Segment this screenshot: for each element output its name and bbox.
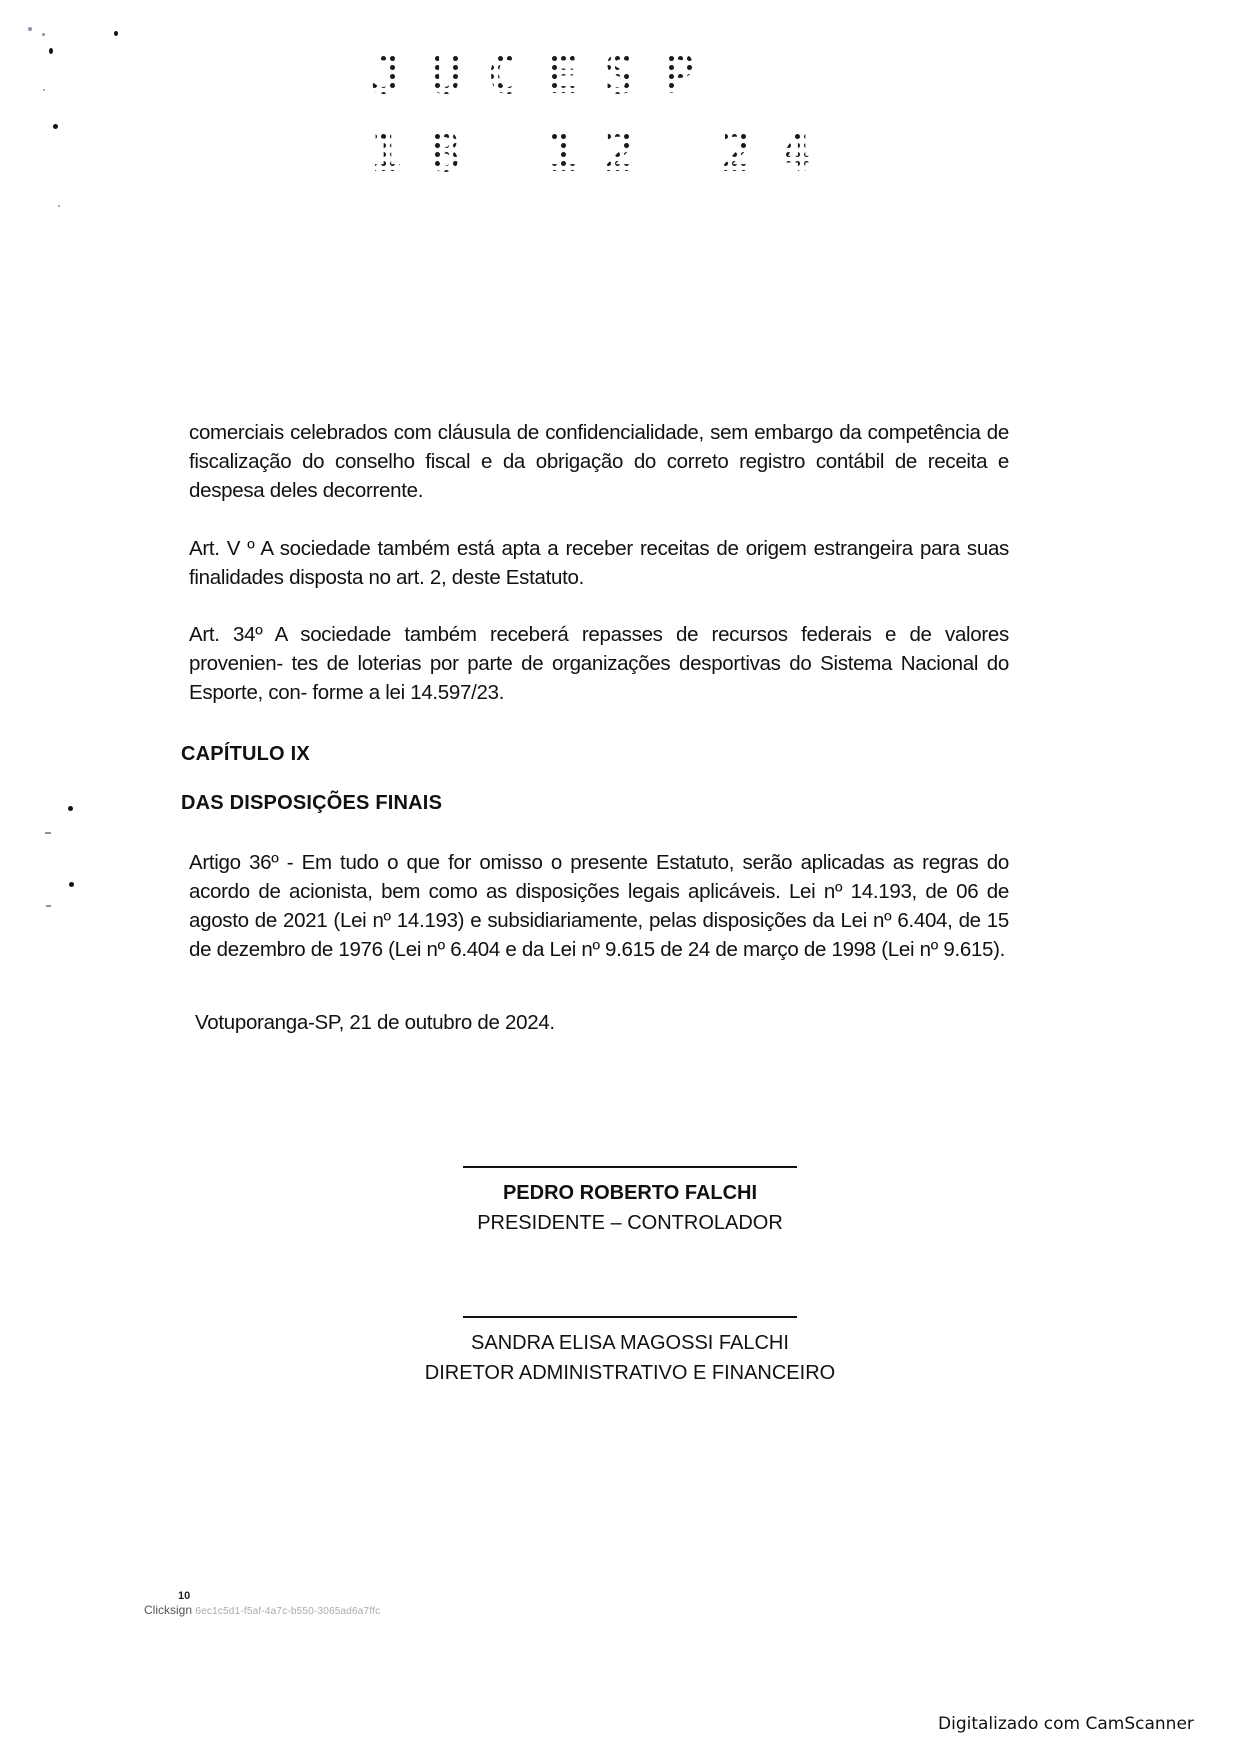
signatory-role: PRESIDENTE – CONTROLADOR: [400, 1208, 860, 1238]
signature-block-director: SANDRA ELISA MAGOSSI FALCHI DIRETOR ADMI…: [400, 1316, 860, 1388]
scan-speck: [28, 27, 32, 31]
scan-speck: [69, 882, 74, 887]
clicksign-hash: 6ec1c5d1-f5af-4a7c-b550-3065ad6a7ffc: [195, 1606, 380, 1617]
paragraph-article-36: Artigo 36º - Em tudo o que for omisso o …: [189, 848, 1009, 964]
scan-speck: [49, 48, 53, 54]
signatory-name: PEDRO ROBERTO FALCHI: [400, 1178, 860, 1208]
page-number: 10: [178, 1590, 190, 1602]
scan-speck: [58, 205, 60, 207]
paragraph-text: Art. V º A sociedade também está apta a …: [189, 534, 1009, 592]
signatory-role: DIRETOR ADMINISTRATIVO E FINANCEIRO: [400, 1358, 860, 1388]
chapter-heading: CAPÍTULO IX: [181, 743, 310, 766]
signature-line: [463, 1316, 797, 1318]
scan-speck: [43, 89, 45, 91]
scan-speck: [45, 832, 51, 834]
section-heading: DAS DISPOSIÇÕES FINAIS: [181, 792, 442, 815]
jucesp-perforated-stamp: JUCESP 18 12 24: [370, 36, 838, 192]
scan-speck: [68, 806, 73, 811]
stamp-line-2: 18 12 24: [370, 114, 838, 192]
clicksign-footer: Clicksign 6ec1c5d1-f5af-4a7c-b550-3065ad…: [144, 1603, 380, 1617]
stamp-line-1: JUCESP: [370, 36, 838, 114]
paragraph-text: Art. 34º A sociedade também receberá rep…: [189, 620, 1009, 707]
place-date-text: Votuporanga-SP, 21 de outubro de 2024.: [195, 1008, 1015, 1037]
paragraph-article-34: Art. 34º A sociedade também receberá rep…: [189, 620, 1009, 707]
signature-block-president: PEDRO ROBERTO FALCHI PRESIDENTE – CONTRO…: [400, 1166, 860, 1238]
camscanner-watermark: Digitalizado com CamScanner: [938, 1714, 1194, 1734]
scan-speck: [42, 33, 45, 36]
paragraph-article-v: Art. V º A sociedade também está apta a …: [189, 534, 1009, 592]
paragraph-confidentiality: comerciais celebrados com cláusula de co…: [189, 418, 1009, 505]
paragraph-text: comerciais celebrados com cláusula de co…: [189, 418, 1009, 505]
signatory-name: SANDRA ELISA MAGOSSI FALCHI: [400, 1328, 860, 1358]
scan-speck: [46, 905, 51, 907]
scan-speck: [53, 124, 58, 129]
signature-line: [463, 1166, 797, 1168]
place-and-date: Votuporanga-SP, 21 de outubro de 2024.: [195, 1008, 1015, 1037]
scan-speck: [114, 31, 118, 36]
clicksign-label: Clicksign: [144, 1603, 192, 1617]
paragraph-text: Artigo 36º - Em tudo o que for omisso o …: [189, 848, 1009, 964]
